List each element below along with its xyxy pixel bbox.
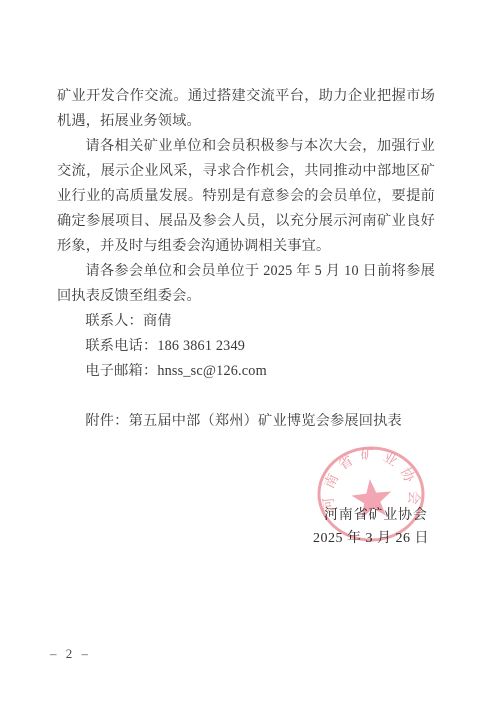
contact-phone-label: 联系电话：	[85, 338, 157, 354]
contact-email-address: hnss_sc@126.com	[157, 363, 266, 379]
contact-email-line: 电子邮箱：hnss_sc@126.com	[57, 359, 435, 384]
organization-signature: 河南省矿业协会	[324, 504, 428, 524]
document-page: 矿业开发合作交流。通过搭建交流平台，助力企业把握市场机遇，拓展业务领域。 请各相…	[0, 0, 490, 703]
contact-person-name: 商倩	[143, 313, 172, 329]
attachment-label: 附件：	[85, 413, 128, 429]
seal-arc-text: 河南省矿业协会	[320, 447, 422, 512]
seal-arc-text-holder: 河南省矿业协会	[320, 447, 422, 512]
attachment-line: 附件：第五届中部（郑州）矿业博览会参展回执表	[57, 409, 435, 434]
body-paragraph-deadline: 请各参会单位和会员单位于 2025 年 5 月 10 日前将参展回执表反馈至组委…	[57, 259, 435, 309]
contact-phone-line: 联系电话：186 3861 2349	[57, 334, 435, 359]
page-number: – 2 –	[50, 646, 91, 662]
document-date: 2025 年 3 月 26 日	[313, 527, 429, 547]
attachment-title: 第五届中部（郑州）矿业博览会参展回执表	[129, 413, 402, 429]
contact-person-label: 联系人：	[85, 313, 143, 329]
contact-email-label: 电子邮箱：	[85, 363, 157, 379]
body-paragraph-continuation: 矿业开发合作交流。通过搭建交流平台，助力企业把握市场机遇，拓展业务领域。	[57, 84, 435, 134]
contact-phone-number: 186 3861 2349	[157, 338, 245, 354]
contact-person-line: 联系人：商倩	[57, 309, 435, 334]
document-body: 矿业开发合作交流。通过搭建交流平台，助力企业把握市场机遇，拓展业务领域。 请各相…	[57, 84, 435, 434]
body-paragraph: 请各相关矿业单位和会员积极参与本次大会，加强行业交流，展示企业风采，寻求合作机会…	[57, 134, 435, 259]
